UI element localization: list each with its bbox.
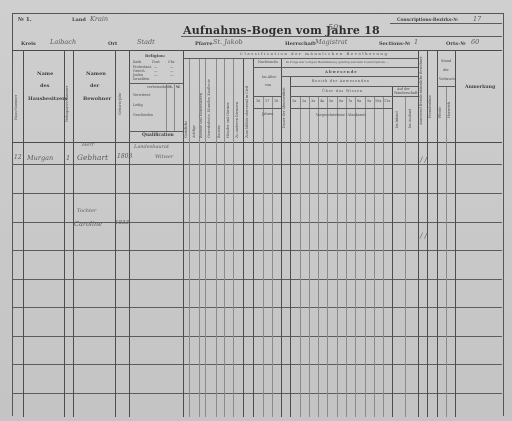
header-line [392,96,418,97]
herrschaft-value: Magistrat [315,39,347,46]
in-folge-line: In Folge der vorigen Bestimmung gehörig … [286,61,389,64]
urlaubszeit-label: Vorgeschriebene Urlaubszeit [316,114,366,117]
im-alter-von-label: von [265,84,271,87]
entry-bewohner: Gebhart [77,154,108,162]
class-col-label: Adelige [193,125,196,138]
header-line [290,96,392,97]
herrschaft-label: Herrschaft [285,42,315,47]
col-line [243,58,244,417]
entry-haus-nummer: 12 [14,155,22,161]
header-line [253,108,281,109]
col-line [174,83,175,131]
col-line [392,86,393,417]
kreis-label: Kreis [21,42,36,47]
ort-label: Ort [108,42,117,47]
class-col-label: Zu anderen Diensten [236,102,239,138]
year-col: 1a [292,100,296,103]
year-col: 6a [339,100,343,103]
hornvieh-label: Hornvieh [448,102,451,118]
col-line [405,96,406,417]
col-line [455,50,456,417]
header-line [253,67,418,68]
col-line [183,50,184,417]
class-col-label: Geistliche [185,121,188,138]
sections-label: Sections-№ [379,42,410,47]
entry-tick-marks: / / [420,156,427,164]
entry-wohnpartei: 1 [66,155,70,162]
col-line [216,58,217,417]
nachwuchs-label: Nachwuchs [258,61,278,64]
row-line-6 [12,307,502,308]
col-name-2: des [40,84,50,89]
col-line [115,50,116,417]
religion-row-w: Chr. [168,61,175,64]
entry-qualification-bottom: Witwer [155,155,173,160]
qualification-label: Qualification [142,134,174,138]
religion-row-m: Dort [152,61,160,64]
col-line [446,86,447,417]
religion-header: Religion: [145,54,165,58]
class-col-label: Bauern [218,125,221,138]
year-col: 9a [367,100,371,103]
form-number: № 1. [18,18,32,24]
entry-hausbesitzer: Murgan [27,155,53,162]
stand-row-label: Geschieden [133,114,153,117]
year-col: 2a [302,100,306,103]
classification-band-line [183,58,418,59]
stand-row-label: verheirathet [147,86,168,89]
class-col-label: Gewerbsleute, Künstler, Kaufleute [208,79,211,138]
religion-row-label: Kath. [133,61,142,64]
col-line [205,58,206,417]
col-line [129,50,130,417]
col-line [233,58,234,417]
col-line [263,96,264,417]
col-line [355,96,356,417]
dauer-label: Dauer der Abwesenheit [283,87,286,128]
age-col: 18 [274,100,278,103]
col-line [189,58,190,417]
row-line-4 [12,250,502,251]
col-geburtsjahr: Geburts-Jahr [119,93,122,115]
header-line [290,108,392,109]
year-col: 11a [384,100,390,103]
col-line [309,96,310,417]
row-line-5 [12,279,502,280]
stand-row-label: Ledig [133,104,143,107]
title-underline [181,36,502,37]
bezirk-label: Bezirk der Anwesenden [312,80,370,83]
pferde-label: Pferde [439,107,442,118]
col-line [166,83,167,131]
wanderschaft-inland: Im Inland [396,111,399,128]
col-name-1: Name [37,72,53,77]
col-line [253,58,254,417]
land-value: Krain [90,16,108,23]
col-namen-2: der [90,84,99,89]
entry-geburts-jahr: 1833 [115,221,129,227]
jahren-label: Jahren [262,113,273,116]
anwesend-fremde-label: Anwesend fremde männliche Bewohner [420,57,423,125]
header-line [437,86,455,87]
year-col: 5a [329,100,333,103]
col-line [300,96,301,417]
stand-col-w: W. [176,86,180,89]
row-line-7 [12,336,502,337]
entry-geburts-jahr: 1803 [117,154,132,160]
pfarre-value: St. Jakob [213,39,243,46]
col-line [383,96,384,417]
class-col-label: Beamte und Honoratioren [200,93,203,138]
wanderschaft-label-2: Wanderschaft [394,92,418,95]
col-name-3: Hausbesitzers [28,97,68,102]
viehzucht-label-1: Stand [441,60,451,63]
classification-header: Classification der männlichen Bevölkerun… [240,52,389,56]
col-line [73,50,74,417]
form-title: Aufnahms-Bogen vom Jahre 18 [183,25,380,36]
orts-label: Orts-№ [446,42,466,47]
col-line [290,76,291,417]
age-col: 17 [265,100,269,103]
stand-col-m: M. [168,86,173,89]
conscription-underline [390,23,502,24]
kreis-value: Laibach [50,39,76,46]
age-col: 16 [256,100,260,103]
fremdenliste-label: Fremdenliste [429,95,432,118]
orts-value: 60 [471,39,479,46]
im-alter-label: Im Alter [262,76,276,79]
header-line [281,76,418,77]
col-line [346,96,347,417]
row-line-8 [12,364,502,365]
entry-bewohner-title: Tochter [77,209,96,214]
pfarre-label: Pfarre [195,42,213,47]
ueber-das-label: Über das Wissen [322,90,363,93]
anmerkung-label: Anmerkung [465,86,495,91]
col-line [272,96,273,417]
class-col-label: Häusler und Gärtner [227,102,230,138]
title-year: 50 [328,24,338,32]
row-line-2 [12,193,502,194]
entry-bewohner: Caroline [74,221,102,228]
col-line [374,96,375,417]
stand-row-label: Verwitwet [133,94,150,97]
row-line-9 [12,393,502,394]
religion-row-w: — [170,74,173,77]
religion-row-m: — [154,74,157,77]
land-label: Land [72,18,86,23]
class-col-label: Zum Militär abwesend in Civil [246,86,249,138]
ort-value: Stadt [137,39,155,46]
col-namen-1: Namen [86,72,106,77]
entry-qualification-top: Landesbaurat [134,145,169,150]
religion-row-label: Israeliten [133,78,149,81]
year-col: 4a [320,100,324,103]
col-line [437,50,438,417]
conscription-value: 17 [473,16,481,23]
col-wohnpartei: Wohnpartei-Nummer [66,86,69,122]
entry-tick-marks: / / [420,232,427,240]
wanderschaft-ausland: Im Ausland [409,109,412,128]
col-line [318,96,319,417]
year-col: 10a [375,100,381,103]
entry-bewohner-title: Herr [82,143,94,148]
year-col: 3a [311,100,315,103]
col-haus-nummer: Haus-Nummer [15,95,18,120]
viehzucht-label-3: Viehzucht [439,78,456,81]
viehzucht-label-2: der [443,69,449,72]
col-line [327,96,328,417]
year-col: 7a [348,100,352,103]
sections-value: 1 [414,39,418,46]
year-col: 8a [357,100,361,103]
row-line-1 [12,164,502,165]
header-line [129,131,183,132]
col-line [224,58,225,417]
col-namen-3: Bewohner [83,97,111,102]
col-line [337,96,338,417]
col-line [365,96,366,417]
abwesende-label: Abwesende [325,70,358,74]
header-line [253,96,281,97]
col-line [23,50,24,417]
